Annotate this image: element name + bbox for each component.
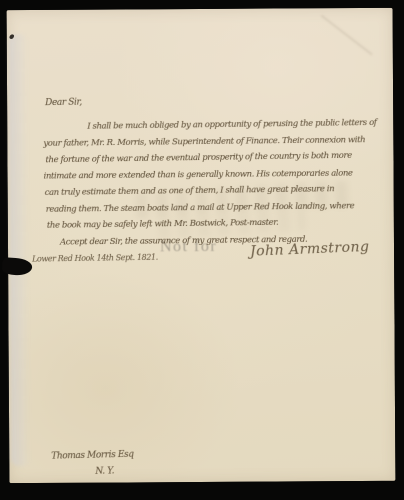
body-line: reading them. The steam boats land a mai… — [46, 201, 355, 214]
body-line: your father, Mr. R. Morris, while Superi… — [43, 135, 365, 149]
corner-crease — [321, 15, 373, 56]
recipient-name: Thomas Morris Esq — [51, 450, 134, 462]
salutation: Dear Sir, — [45, 98, 82, 109]
left-edge-discoloration — [9, 34, 31, 466]
signature: John Armstrong — [250, 239, 370, 260]
body-line: I shall be much obliged by an opportunit… — [87, 118, 376, 132]
recipient-city: N. Y. — [95, 466, 114, 476]
letter-sheet: Not for Dear Sir, I shall be much oblige… — [7, 8, 396, 483]
body-line: the fortune of the war and the eventual … — [45, 151, 351, 166]
body-line: intimate and more extended than is gener… — [44, 169, 353, 182]
dateline: Lower Red Hook 14th Sept. 1821. — [32, 253, 158, 264]
letter-photo: Not for Dear Sir, I shall be much oblige… — [0, 0, 404, 500]
